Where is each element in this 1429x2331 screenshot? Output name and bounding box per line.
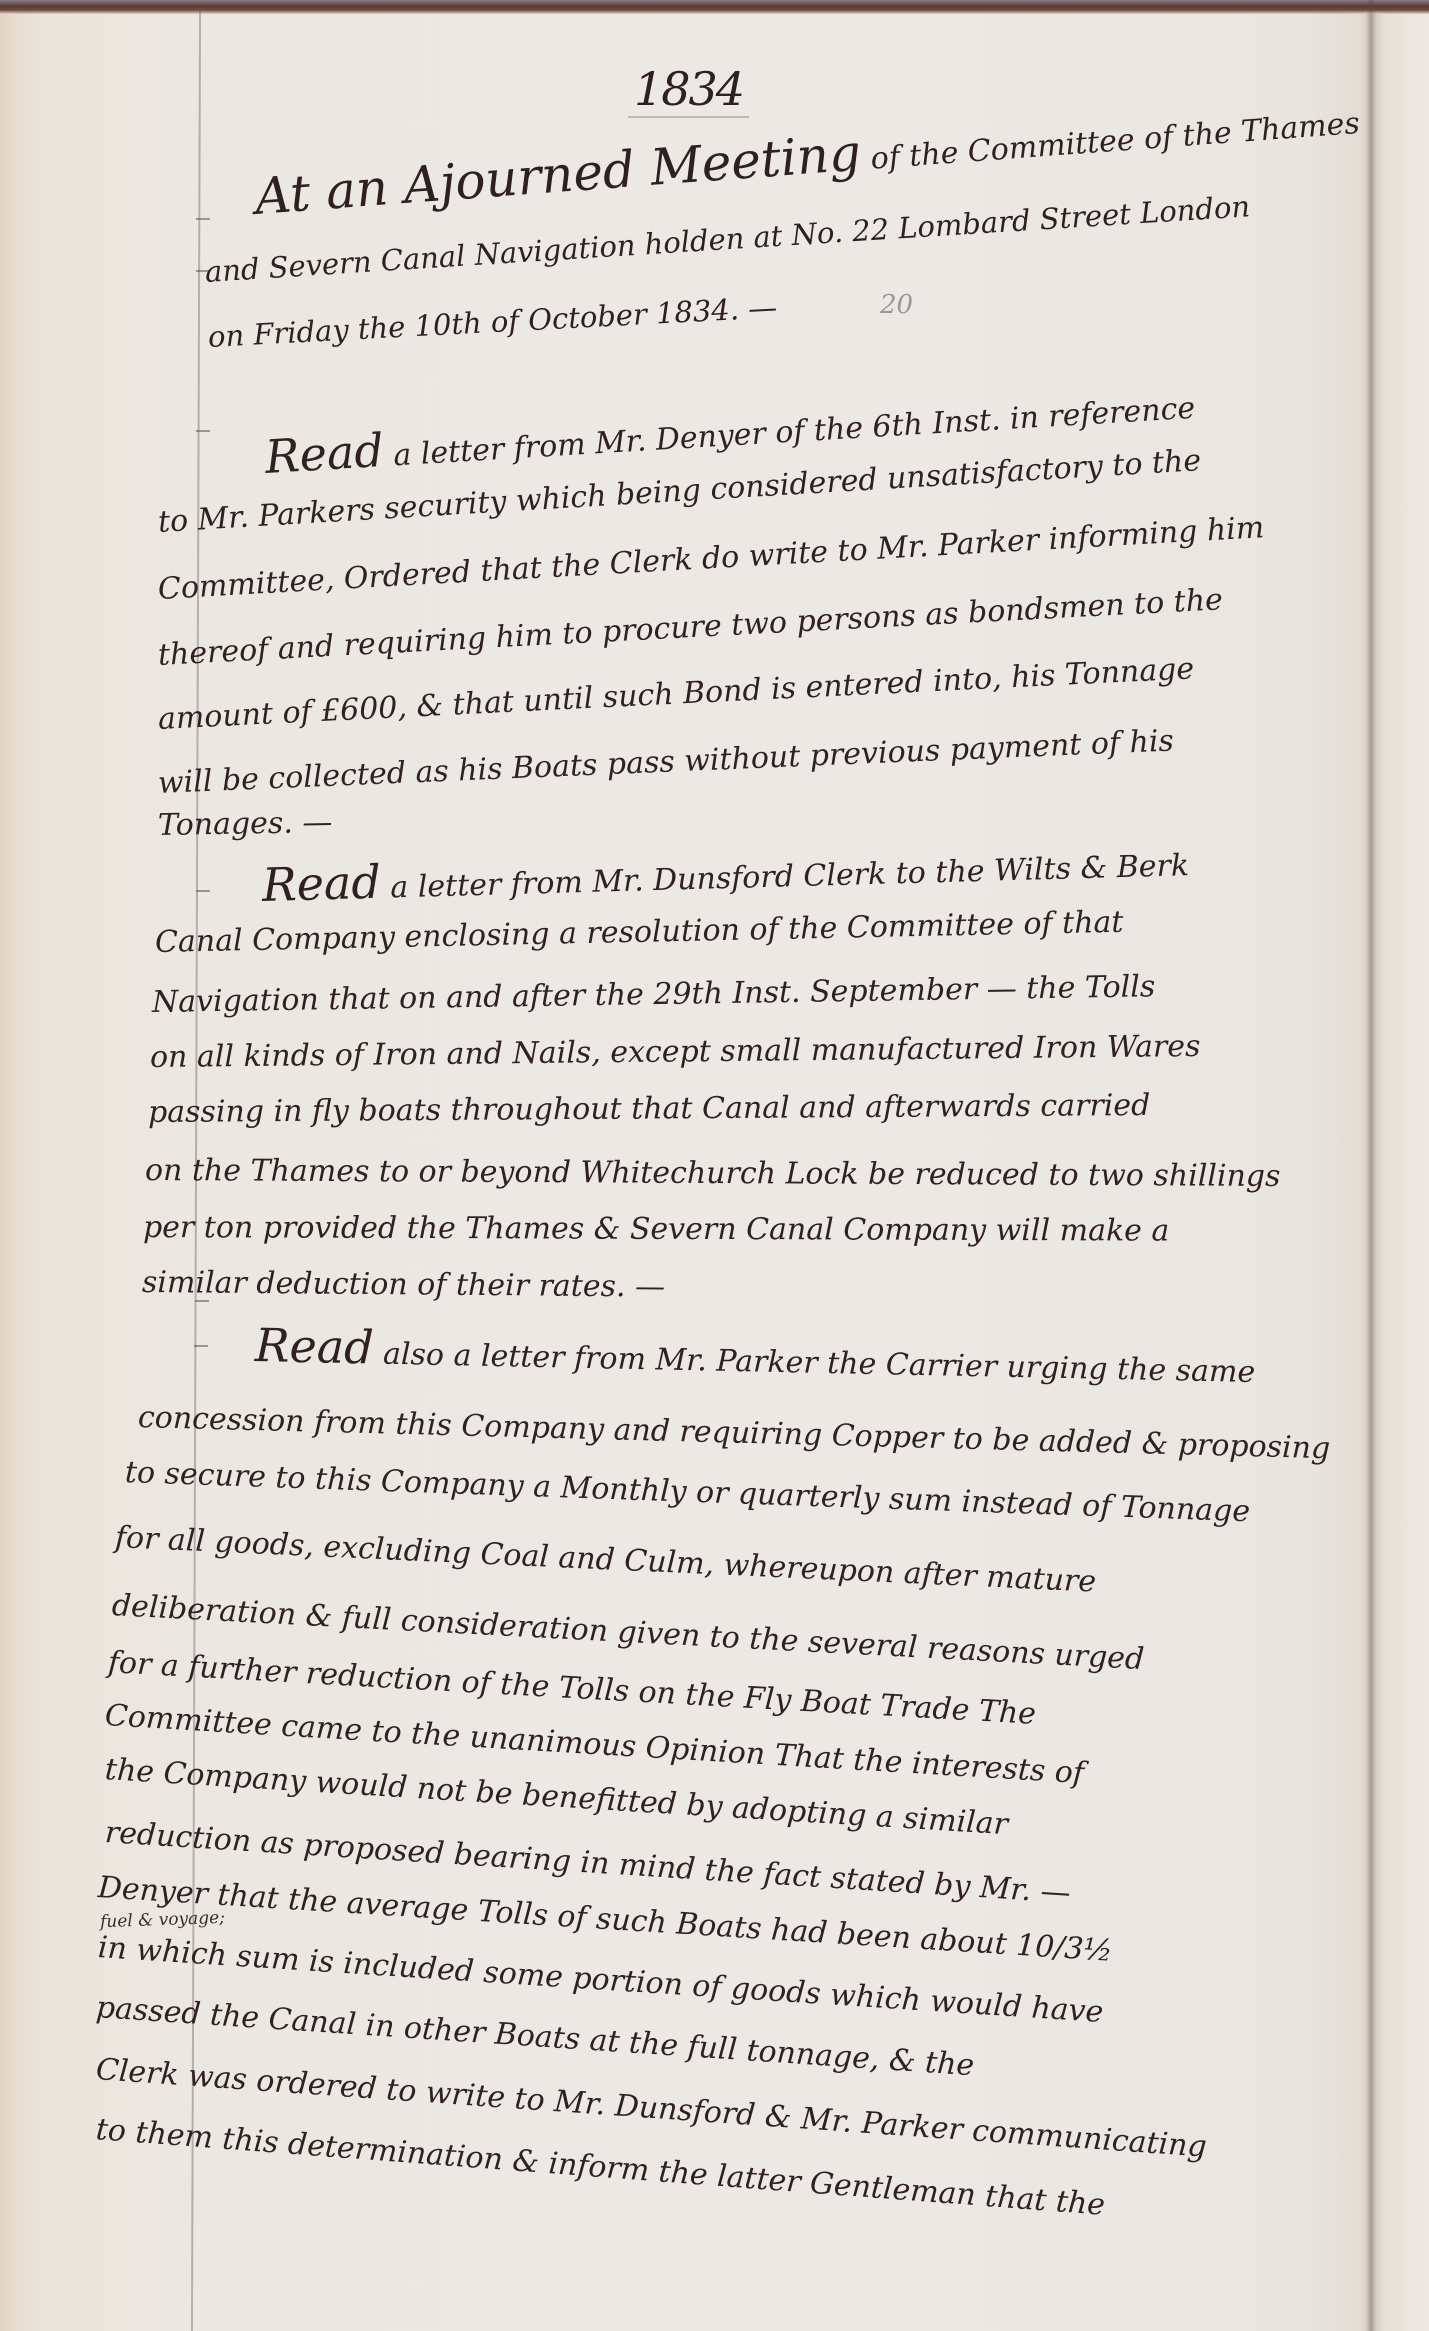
- minute-line: to secure to this Company a Monthly or q…: [124, 1455, 1250, 1529]
- minute-line: for all goods, excluding Coal and Culm, …: [114, 1520, 1097, 1600]
- minute-line: will be collected as his Boats pass with…: [157, 723, 1174, 801]
- minute-line: Read also a letter from Mr. Parker the C…: [254, 1318, 1255, 1393]
- minute-line: Navigation that on and after the 29th In…: [152, 969, 1156, 1020]
- heading-title: At an Ajourned Meeting: [253, 124, 863, 226]
- manuscript-page: 1834 At an Ajourned Meeting of the Commi…: [0, 0, 1429, 2331]
- page-year: 1834: [628, 62, 749, 118]
- read-lead: Read: [261, 855, 381, 912]
- heading-title-cont: of the Committee of the Thames: [860, 106, 1361, 178]
- interlinear-insertion: fuel & voyage;: [100, 1908, 226, 1932]
- minute-line: on the Thames to or beyond Whitechurch L…: [145, 1153, 1281, 1194]
- meeting-heading-line-3: on Friday the 10th of October 1834. —: [207, 290, 778, 354]
- minute-line: on all kinds of Iron and Nails, except s…: [150, 1029, 1201, 1075]
- minute-line: Read a letter from Mr. Dunsford Clerk to…: [261, 832, 1189, 912]
- read-lead: Read: [263, 423, 385, 484]
- minute-line: Tonages. —: [158, 805, 333, 843]
- read-lead: Read: [254, 1318, 374, 1374]
- minute-line: similar deduction of their rates. —: [142, 1265, 665, 1305]
- minute-line: Canal Company enclosing a resolution of …: [155, 905, 1124, 960]
- pencil-annotation: 20: [880, 290, 913, 320]
- minute-line: passing in fly boats throughout that Can…: [148, 1088, 1151, 1130]
- ledger-page-photo: 1834 At an Ajourned Meeting of the Commi…: [0, 0, 1429, 2331]
- minute-line: concession from this Company and requiri…: [138, 1400, 1331, 1466]
- minute-line: per ton provided the Thames & Severn Can…: [143, 1210, 1169, 1249]
